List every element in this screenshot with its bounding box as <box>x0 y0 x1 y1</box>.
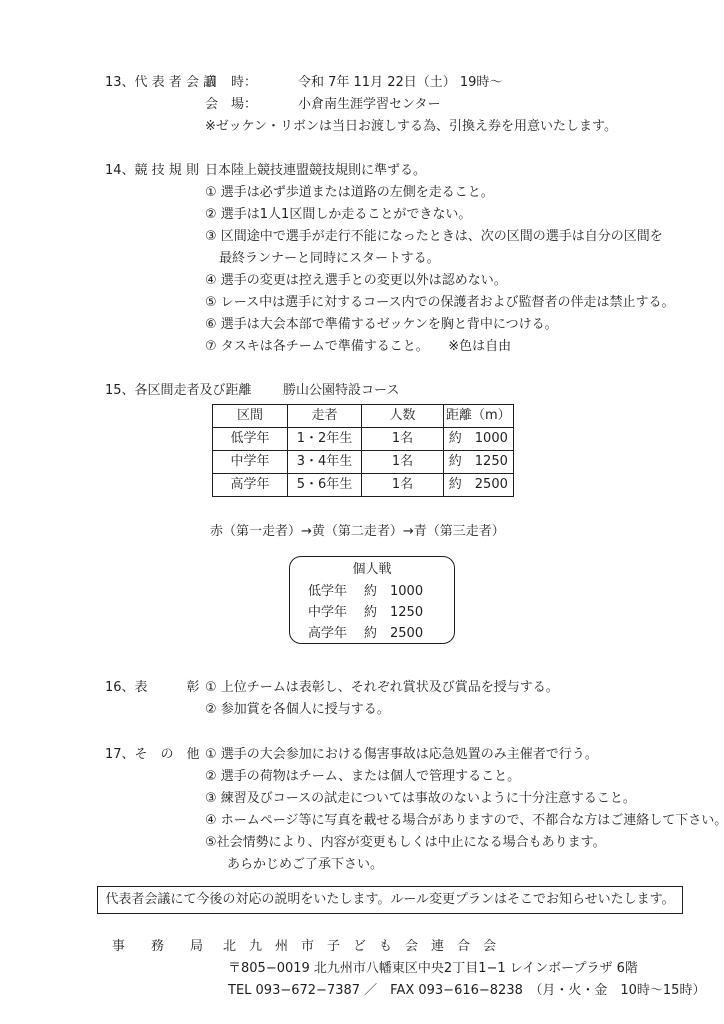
col-header-section: 区間 <box>213 405 288 428</box>
section-17: 17、そ の 他 ① 選手の大会参加における傷害事故は応急処置のみ主催者で行う。… <box>105 744 684 876</box>
relay-order-line: 赤（第一走者）→黄（第二走者）→青（第三走者） <box>210 521 684 543</box>
rule-item: ⑤ レース中は選手に対するコース内での保護者および監督者の伴走は禁止する。 <box>205 292 675 314</box>
cell-runner: 5・6年生 <box>288 474 362 497</box>
office-address: 〒805−0019 北九州市八幡東区中央2丁目1−1 レインボープラザ 6階 <box>228 958 684 980</box>
individual-distance: 約 2500 <box>364 623 423 644</box>
individual-distance: 約 1250 <box>364 602 423 623</box>
section16-heading: 16、表 彰 <box>105 677 205 699</box>
footer: 事 務 局 北 九 州 市 子 ど も 会 連 合 会 〒805−0019 北九… <box>105 936 684 1002</box>
cell-section: 低学年 <box>213 428 288 451</box>
cell-count: 1名 <box>362 451 444 474</box>
individual-grade: 中学年 <box>308 602 364 623</box>
office-phone: TEL 093−672−7387 ／ FAX 093−616−8238 （月・火… <box>228 980 684 1002</box>
section13-venue-key: 会 場： <box>205 94 298 116</box>
individual-row: 高学年 約 2500 <box>290 623 454 644</box>
section-14: 14、競 技 規 則 日本陸上競技連盟競技規則に準ずる。 ① 選手は必ず歩道また… <box>105 160 684 358</box>
office-name: 北 九 州 市 子 ど も 会 連 合 会 <box>223 936 496 958</box>
individual-race-box: 個人戦 低学年 約 1000 中学年 約 1250 高学年 約 2500 <box>289 556 455 644</box>
section-13: 13、代 表 者 会 議 日 時： 令和 7年 11月 22日（土） 19時～ … <box>105 72 684 138</box>
section13-datetime-key: 日 時： <box>205 72 298 94</box>
rule-item: ⑥ 選手は大会本部で準備するゼッケンを胸と背中につける。 <box>205 314 558 336</box>
other-item: ⑤社会情勢により、内容が変更もしくは中止になる場合もあります。 <box>205 832 606 854</box>
section13-note: ※ゼッケン・リボンは当日お渡しする為、引換え券を用意いたします。 <box>205 116 617 138</box>
section17-heading: 17、そ の 他 <box>105 744 205 766</box>
table-header-row: 区間 走者 人数 距離（m） <box>213 405 514 428</box>
other-item: ② 選手の荷物はチーム、または個人で管理すること。 <box>205 766 520 788</box>
individual-distance: 約 1000 <box>364 581 423 602</box>
rule-item: ④ 選手の変更は控え選手との変更以外は認めない。 <box>205 270 507 292</box>
rule-item-continuation: 最終ランナーと同時にスタートする。 <box>205 248 440 270</box>
rule-item: ③ 区間途中で選手が走行不能になったときは、次の区間の選手は自分の区間を <box>205 226 663 248</box>
col-header-distance: 距離（m） <box>444 405 514 428</box>
cell-section: 高学年 <box>213 474 288 497</box>
office-label: 事 務 局 <box>112 936 223 958</box>
individual-row: 低学年 約 1000 <box>290 581 454 602</box>
section15-heading: 15、各区間走者及び距離 <box>105 380 283 402</box>
individual-row: 中学年 約 1250 <box>290 602 454 623</box>
section13-venue-value: 小倉南生涯学習センター <box>298 94 440 116</box>
rule-item: ② 選手は1人1区間しか走ることができない。 <box>205 204 471 226</box>
document-page: 13、代 表 者 会 議 日 時： 令和 7年 11月 22日（土） 19時～ … <box>0 0 724 1024</box>
individual-grade: 高学年 <box>308 623 364 644</box>
award-item: ② 参加賞を各個人に授与する。 <box>205 699 390 721</box>
section13-datetime-value: 令和 7年 11月 22日（土） 19時～ <box>298 72 502 94</box>
award-item: ① 上位チームは表彰し、それぞれ賞状及び賞品を授与する。 <box>205 677 559 699</box>
col-header-count: 人数 <box>362 405 444 428</box>
rule-item: ⑦ タスキは各チームで準備すること。 ※色は自由 <box>205 336 511 358</box>
section13-heading: 13、代 表 者 会 議 <box>105 72 205 94</box>
table-row: 中学年 3・4年生 1名 約 1250 <box>213 451 514 474</box>
rule-item: ① 選手は必ず歩道または道路の左側を走ること。 <box>205 182 494 204</box>
cell-distance: 約 1250 <box>444 451 514 474</box>
table-row: 低学年 1・2年生 1名 約 1000 <box>213 428 514 451</box>
cell-count: 1名 <box>362 428 444 451</box>
col-header-runner: 走者 <box>288 405 362 428</box>
cell-count: 1名 <box>362 474 444 497</box>
section14-heading: 14、競 技 規 則 <box>105 160 205 182</box>
other-item: ④ ホームページ等に写真を載せる場合がありますので、不都合な方はご連絡して下さい… <box>205 810 724 832</box>
section-16: 16、表 彰 ① 上位チームは表彰し、それぞれ賞状及び賞品を授与する。 ② 参加… <box>105 677 684 721</box>
cell-runner: 1・2年生 <box>288 428 362 451</box>
section15-course: 勝山公園特設コース <box>283 380 399 402</box>
individual-box-title: 個人戦 <box>290 559 454 581</box>
table-row: 高学年 5・6年生 1名 約 2500 <box>213 474 514 497</box>
other-item: ① 選手の大会参加における傷害事故は応急処置のみ主催者で行う。 <box>205 744 598 766</box>
section-15: 15、各区間走者及び距離 勝山公園特設コース 区間 走者 人数 距離（m） 低学… <box>105 380 684 644</box>
cell-runner: 3・4年生 <box>288 451 362 474</box>
cell-distance: 約 1000 <box>444 428 514 451</box>
individual-grade: 低学年 <box>308 581 364 602</box>
distance-table: 区間 走者 人数 距離（m） 低学年 1・2年生 1名 約 1000 中学年 3… <box>212 404 514 497</box>
other-item-continuation: あらかじめご了承下さい。 <box>205 854 383 876</box>
cell-distance: 約 2500 <box>444 474 514 497</box>
other-item: ③ 練習及びコースの試走については事故のないように十分注意すること。 <box>205 788 636 810</box>
section14-intro: 日本陸上競技連盟競技規則に準ずる。 <box>205 160 426 182</box>
notice-box: 代表者会議にて今後の対応の説明をいたします。ルール変更プランはそこでお知らせいた… <box>97 886 683 914</box>
cell-section: 中学年 <box>213 451 288 474</box>
